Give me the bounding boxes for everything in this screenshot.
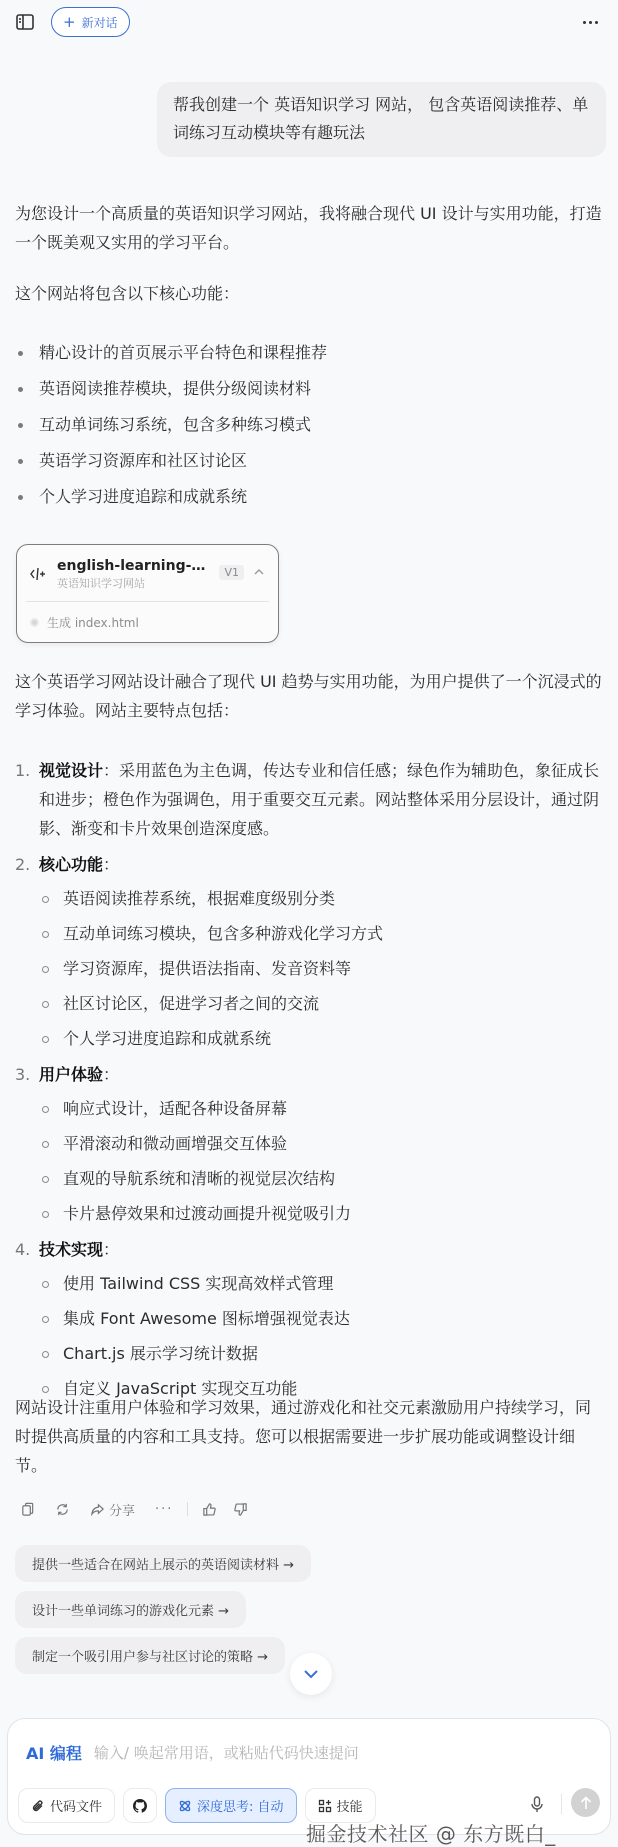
list-item: 直观的导航系统和清晰的视觉层次结构	[39, 1161, 605, 1196]
new-chat-button[interactable]: + 新对话	[51, 7, 130, 37]
section-4: 4. 技术实现： 使用 Tailwind CSS 实现高效样式管理 集成 Fon…	[15, 1235, 605, 1406]
dislike-button[interactable]	[233, 1502, 248, 1517]
features-list: 精心设计的首页展示平台特色和课程推荐 英语阅读推荐模块，提供分级阅读材料 互动单…	[15, 335, 605, 515]
artifact-card[interactable]: english-learning-we... 英语知识学习网站 V1 生成 in…	[16, 544, 279, 643]
plus-icon: +	[63, 15, 76, 30]
deep-think-label: 深度思考: 自动	[197, 1796, 284, 1815]
arrow-up-icon	[580, 1796, 592, 1810]
artifact-status-text: 生成 index.html	[47, 614, 139, 631]
section-2-items: 英语阅读推荐系统，根据难度级别分类 互动单词练习模块，包含多种游戏化学习方式 学…	[39, 881, 605, 1056]
feature-sections: 1. 视觉设计：采用蓝色为主色调，传达专业和信任感；绿色作为辅助色，象征成长和进…	[15, 756, 605, 1406]
list-item: 英语阅读推荐系统，根据难度级别分类	[39, 881, 605, 916]
list-item: 精心设计的首页展示平台特色和课程推荐	[15, 335, 605, 371]
divider	[561, 1794, 562, 1814]
share-label: 分享	[109, 1500, 135, 1519]
section-number: 1.	[15, 756, 30, 785]
suggestion-chip[interactable]: 提供一些适合在网站上展示的英语阅读材料 →	[15, 1545, 311, 1582]
closing-paragraph: 网站设计注重用户体验和学习效果，通过游戏化和社交元素激励用户持续学习，同时提供高…	[15, 1393, 605, 1480]
regenerate-button[interactable]	[55, 1502, 70, 1517]
features-lead: 这个网站将包含以下核心功能：	[15, 279, 605, 308]
list-item: 集成 Font Awesome 图标增强视觉表达	[39, 1301, 605, 1336]
share-button[interactable]: 分享	[90, 1500, 135, 1519]
composer-toolbar: 代码文件 深度思考: 自动 技能	[18, 1788, 600, 1823]
list-item: 平滑滚动和微动画增强交互体验	[39, 1126, 605, 1161]
section-number: 2.	[15, 850, 30, 879]
github-icon	[133, 1799, 147, 1813]
artifact-title: english-learning-we...	[57, 556, 213, 576]
copy-icon	[20, 1502, 35, 1517]
more-actions-button[interactable]: ···	[155, 1502, 173, 1517]
copy-button[interactable]	[20, 1502, 35, 1517]
deep-think-toggle[interactable]: 深度思考: 自动	[165, 1788, 297, 1823]
code-file-label: 代码文件	[50, 1796, 102, 1815]
suggestion-chip[interactable]: 设计一些单词练习的游戏化元素 →	[15, 1591, 246, 1628]
version-badge: V1	[219, 565, 244, 580]
status-dot-icon	[30, 618, 39, 627]
sidebar-toggle-icon	[16, 14, 34, 30]
features-lead-text: 这个网站将包含以下核心功能：	[15, 279, 605, 308]
section-2: 2. 核心功能： 英语阅读推荐系统，根据难度级别分类 互动单词练习模块，包含多种…	[15, 850, 605, 1056]
refresh-icon	[55, 1502, 70, 1517]
list-item: 社区讨论区，促进学习者之间的交流	[39, 986, 605, 1021]
paperclip-icon	[31, 1799, 45, 1813]
code-file-button[interactable]: 代码文件	[18, 1788, 115, 1823]
skills-button[interactable]: 技能	[305, 1788, 376, 1823]
section-text: ：	[103, 855, 119, 874]
section-4-items: 使用 Tailwind CSS 实现高效样式管理 集成 Font Awesome…	[39, 1266, 605, 1406]
list-item: 使用 Tailwind CSS 实现高效样式管理	[39, 1266, 605, 1301]
new-chat-label: 新对话	[82, 14, 118, 31]
intro-paragraph: 为您设计一个高质量的英语知识学习网站，我将融合现代 UI 设计与实用功能，打造一…	[15, 199, 605, 257]
section-1: 1. 视觉设计：采用蓝色为主色调，传达专业和信任感；绿色作为辅助色，象征成长和进…	[15, 756, 605, 843]
section-text: ：	[103, 1065, 119, 1084]
list-item: 个人学习进度追踪和成就系统	[39, 1021, 605, 1056]
more-dot	[589, 21, 592, 24]
section-title: 用户体验	[39, 1065, 103, 1084]
prompt-input[interactable]	[94, 1744, 592, 1762]
user-message-bubble: 帮我创建一个 英语知识学习 网站， 包含英语阅读推荐、单词练习互动模块等有趣玩法	[157, 82, 606, 157]
grid-plus-icon	[318, 1799, 332, 1813]
github-button[interactable]	[123, 1788, 157, 1823]
scroll-to-bottom-button[interactable]	[290, 1653, 332, 1695]
send-button[interactable]	[571, 1788, 600, 1817]
section-title: 核心功能	[39, 855, 103, 874]
list-item: 个人学习进度追踪和成就系统	[15, 479, 605, 515]
skills-label: 技能	[337, 1796, 363, 1815]
atom-icon	[178, 1799, 192, 1813]
composer: AI 编程 代码文件 深度思考: 自动 技能	[7, 1718, 611, 1835]
artifact-header: english-learning-we... 英语知识学习网站 V1	[17, 545, 278, 601]
divider	[187, 1502, 188, 1516]
microphone-icon[interactable]	[530, 1796, 544, 1814]
list-item: 互动单词练习模块，包含多种游戏化学习方式	[39, 916, 605, 951]
more-options-button[interactable]	[577, 15, 604, 30]
summary-lead-text: 这个英语学习网站设计融合了现代 UI 趋势与实用功能，为用户提供了一个沉浸式的学…	[15, 667, 605, 725]
list-item: 英语学习资源库和社区讨论区	[15, 443, 605, 479]
artifact-titles: english-learning-we... 英语知识学习网站	[57, 555, 213, 592]
section-text: ：	[103, 1240, 119, 1259]
chevron-up-icon[interactable]	[252, 565, 266, 579]
assistant-intro: 为您设计一个高质量的英语知识学习网站，我将融合现代 UI 设计与实用功能，打造一…	[15, 199, 605, 257]
summary-lead: 这个英语学习网站设计融合了现代 UI 趋势与实用功能，为用户提供了一个沉浸式的学…	[15, 667, 605, 725]
share-icon	[90, 1502, 105, 1517]
list-item: 互动单词练习系统，包含多种练习模式	[15, 407, 605, 443]
section-number: 3.	[15, 1060, 30, 1089]
thumbs-up-icon	[202, 1502, 217, 1517]
thumbs-down-icon	[233, 1502, 248, 1517]
top-bar: + 新对话	[0, 0, 618, 44]
list-item: 响应式设计，适配各种设备屏幕	[39, 1091, 605, 1126]
chevron-down-icon	[302, 1668, 320, 1680]
list-item: 学习资源库，提供语法指南、发音资料等	[39, 951, 605, 986]
composer-input-row: AI 编程	[8, 1719, 610, 1764]
artifact-status: 生成 index.html	[17, 602, 278, 642]
sidebar-toggle-button[interactable]	[14, 11, 36, 33]
more-horizontal-icon: ···	[155, 1502, 173, 1517]
more-dot	[595, 21, 598, 24]
code-icon	[29, 565, 47, 583]
closing: 网站设计注重用户体验和学习效果，通过游戏化和社交元素激励用户持续学习，同时提供高…	[15, 1393, 605, 1480]
section-3-items: 响应式设计，适配各种设备屏幕 平滑滚动和微动画增强交互体验 直观的导航系统和清晰…	[39, 1091, 605, 1231]
suggestion-chip[interactable]: 制定一个吸引用户参与社区讨论的策略 →	[15, 1637, 285, 1674]
like-button[interactable]	[202, 1502, 217, 1517]
section-text: ：采用蓝色为主色调，传达专业和信任感；绿色作为辅助色，象征成长和进步；橙色作为强…	[39, 761, 599, 838]
list-item: Chart.js 展示学习统计数据	[39, 1336, 605, 1371]
section-3: 3. 用户体验： 响应式设计，适配各种设备屏幕 平滑滚动和微动画增强交互体验 直…	[15, 1060, 605, 1231]
artifact-subtitle: 英语知识学习网站	[57, 576, 213, 592]
list-item: 卡片悬停效果和过渡动画提升视觉吸引力	[39, 1196, 605, 1231]
more-horizontal-icon	[583, 21, 586, 24]
list-item: 英语阅读推荐模块，提供分级阅读材料	[15, 371, 605, 407]
section-title: 视觉设计	[39, 761, 103, 780]
mode-label[interactable]: AI 编程	[26, 1741, 82, 1764]
section-number: 4.	[15, 1235, 30, 1264]
section-title: 技术实现	[39, 1240, 103, 1259]
message-actions: 分享 ···	[20, 1497, 248, 1521]
